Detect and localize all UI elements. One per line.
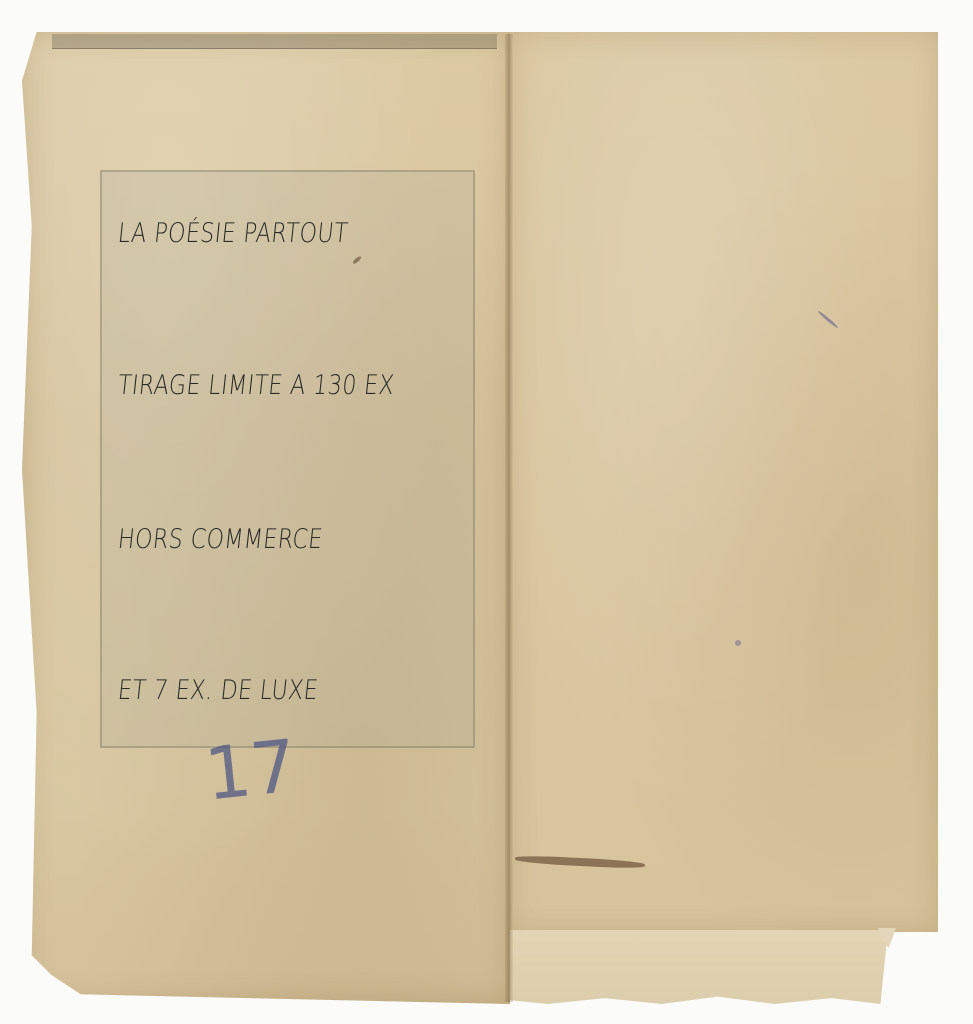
colophon-deluxe: ET 7 EX. DE LUXE xyxy=(116,675,319,706)
colophon-box xyxy=(100,170,475,748)
booklet-scan: LA POÉSIE PARTOUT TIRAGE LIMITE A 130 EX… xyxy=(0,0,973,1024)
right-page-underlayer xyxy=(510,930,888,1004)
blue-speck xyxy=(735,640,741,646)
center-fold xyxy=(505,34,513,1002)
pencil-number: 17 xyxy=(201,723,301,816)
right-page xyxy=(510,32,938,932)
top-tape-strip xyxy=(52,34,497,49)
colophon-title: LA POÉSIE PARTOUT xyxy=(116,218,349,249)
colophon-not-for-sale: HORS COMMERCE xyxy=(116,524,324,555)
colophon-print-run: TIRAGE LIMITE A 130 EX xyxy=(116,370,395,401)
